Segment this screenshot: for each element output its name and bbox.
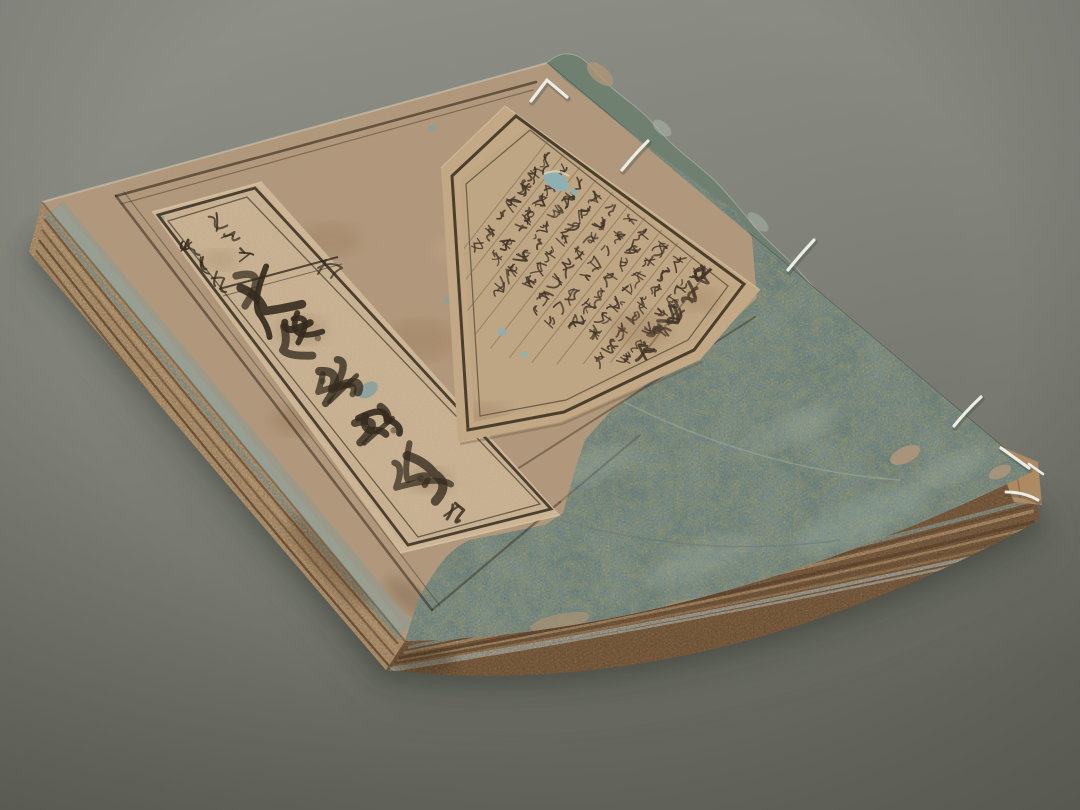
photo-of-japanese-book: Antique Japanese stitched-binding book (… [0,0,1080,810]
book-photo-canvas [0,0,1080,810]
